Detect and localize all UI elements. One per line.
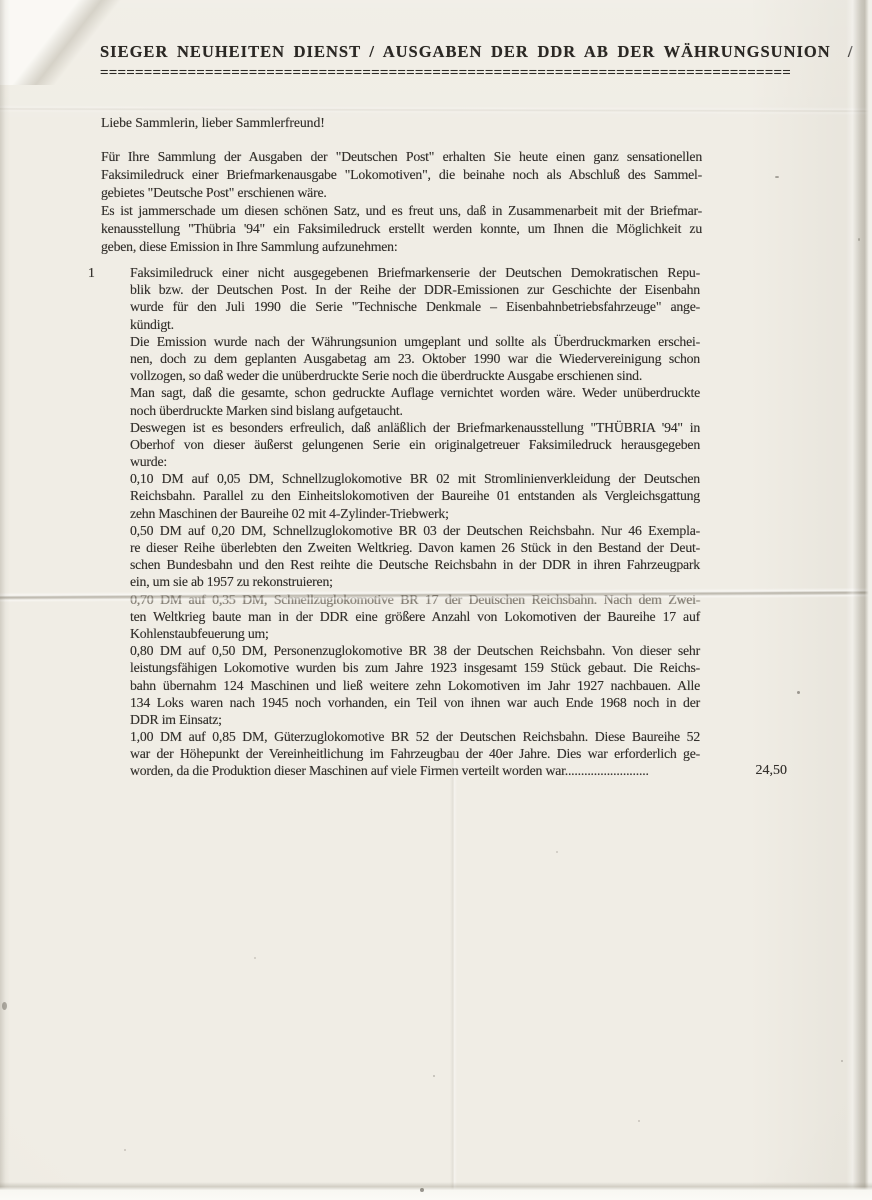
list-item-1: 1 Faksimiledruck einer nicht ausgegebene… xyxy=(88,264,787,780)
text-line: nen, doch zu dem geplanten Ausgabetag am… xyxy=(130,350,700,367)
text-line: Reichsbahn. Parallel zu den Einheitsloko… xyxy=(130,487,700,504)
text-line: Faksimiledruck einer Briefmarkenausgabe … xyxy=(101,166,702,184)
salutation: Liebe Sammlerin, lieber Sammlerfreund! xyxy=(101,115,325,131)
text-line: 0,50 DM auf 0,20 DM, Schnellzuglokomotiv… xyxy=(130,522,700,539)
item-description: Faksimiledruck einer nicht ausgegebenen … xyxy=(130,264,700,780)
text-line: ein, um sie ab 1957 zu rekonstruieren; xyxy=(130,573,700,590)
text-line: schen Bundesbahn und den Rest reihte die… xyxy=(130,556,700,573)
text-line: Die Emission wurde nach der Währungsunio… xyxy=(130,333,700,350)
item-number: 1 xyxy=(88,264,130,281)
text-line: 0,70 DM auf 0,35 DM, Schnellzuglokomotiv… xyxy=(130,591,700,608)
text-line: Für Ihre Sammlung der Ausgaben der "Deut… xyxy=(101,148,702,166)
title-underline-rule: ========================================… xyxy=(100,64,790,82)
text-line: 1,00 DM auf 0,85 DM, Güterzuglokomotive … xyxy=(130,728,700,745)
text-line: Man sagt, daß die gesamte, schon gedruck… xyxy=(130,384,700,401)
letter-content: SIEGER NEUHEITEN DIENST / AUSGABEN DER D… xyxy=(0,0,872,1200)
text-line: 0,80 DM auf 0,50 DM, Personenzuglokomoti… xyxy=(130,642,700,659)
text-line: DDR im Einsatz; xyxy=(130,711,700,728)
text-line: worden, da die Produktion dieser Maschin… xyxy=(130,762,700,779)
text-line: Deswegen ist es besonders erfreulich, da… xyxy=(130,419,700,436)
text-line: noch überdruckte Marken sind bislang auf… xyxy=(130,402,700,419)
text-line: kenausstellung "Thübria '94" ein Faksimi… xyxy=(101,220,702,238)
price-value: 24,50 xyxy=(756,763,788,779)
letter-title: SIEGER NEUHEITEN DIENST / AUSGABEN DER D… xyxy=(100,42,794,62)
text-line: 134 Loks waren nach 1945 noch vorhanden,… xyxy=(130,694,700,711)
text-line: blik bzw. der Deutschen Post. In der Rei… xyxy=(130,281,700,298)
text-line: kündigt. xyxy=(130,316,700,333)
scanned-letter: SIEGER NEUHEITEN DIENST / AUSGABEN DER D… xyxy=(0,0,872,1200)
text-line: zehn Maschinen der Baureihe 02 mit 4-Zyl… xyxy=(130,505,700,522)
text-line: ten Weltkrieg baute man in der DDR eine … xyxy=(130,608,700,625)
text-line: gebietes "Deutsche Post" erschienen wäre… xyxy=(101,184,702,202)
text-line: 0,10 DM auf 0,05 DM, Schnellzuglokomotiv… xyxy=(130,470,700,487)
text-line: Faksimiledruck einer nicht ausgegebenen … xyxy=(130,264,700,281)
intro-paragraphs: Für Ihre Sammlung der Ausgaben der "Deut… xyxy=(101,148,702,256)
text-line: bahn übernahm 124 Maschinen und ließ wei… xyxy=(130,677,700,694)
text-line: geben, diese Emission in Ihre Sammlung a… xyxy=(101,238,702,256)
text-line: war der Höhepunkt der Vereinheitlichung … xyxy=(130,745,700,762)
text-line: wurde: xyxy=(130,453,700,470)
text-line: Oberhof von dieser äußerst gelungenen Se… xyxy=(130,436,700,453)
text-line: wurde für den Juli 1990 die Serie "Techn… xyxy=(130,298,700,315)
text-line: re dieser Reihe überlebten den Zweiten W… xyxy=(130,539,700,556)
text-line: Es ist jammerschade um diesen schönen Sa… xyxy=(101,202,702,220)
text-line: vollzogen, so daß weder die unüberdruckt… xyxy=(130,367,700,384)
text-line: Kohlenstaubfeuerung um; xyxy=(130,625,700,642)
text-line: leistungsfähigen Lokomotive wurden bis z… xyxy=(130,659,700,676)
